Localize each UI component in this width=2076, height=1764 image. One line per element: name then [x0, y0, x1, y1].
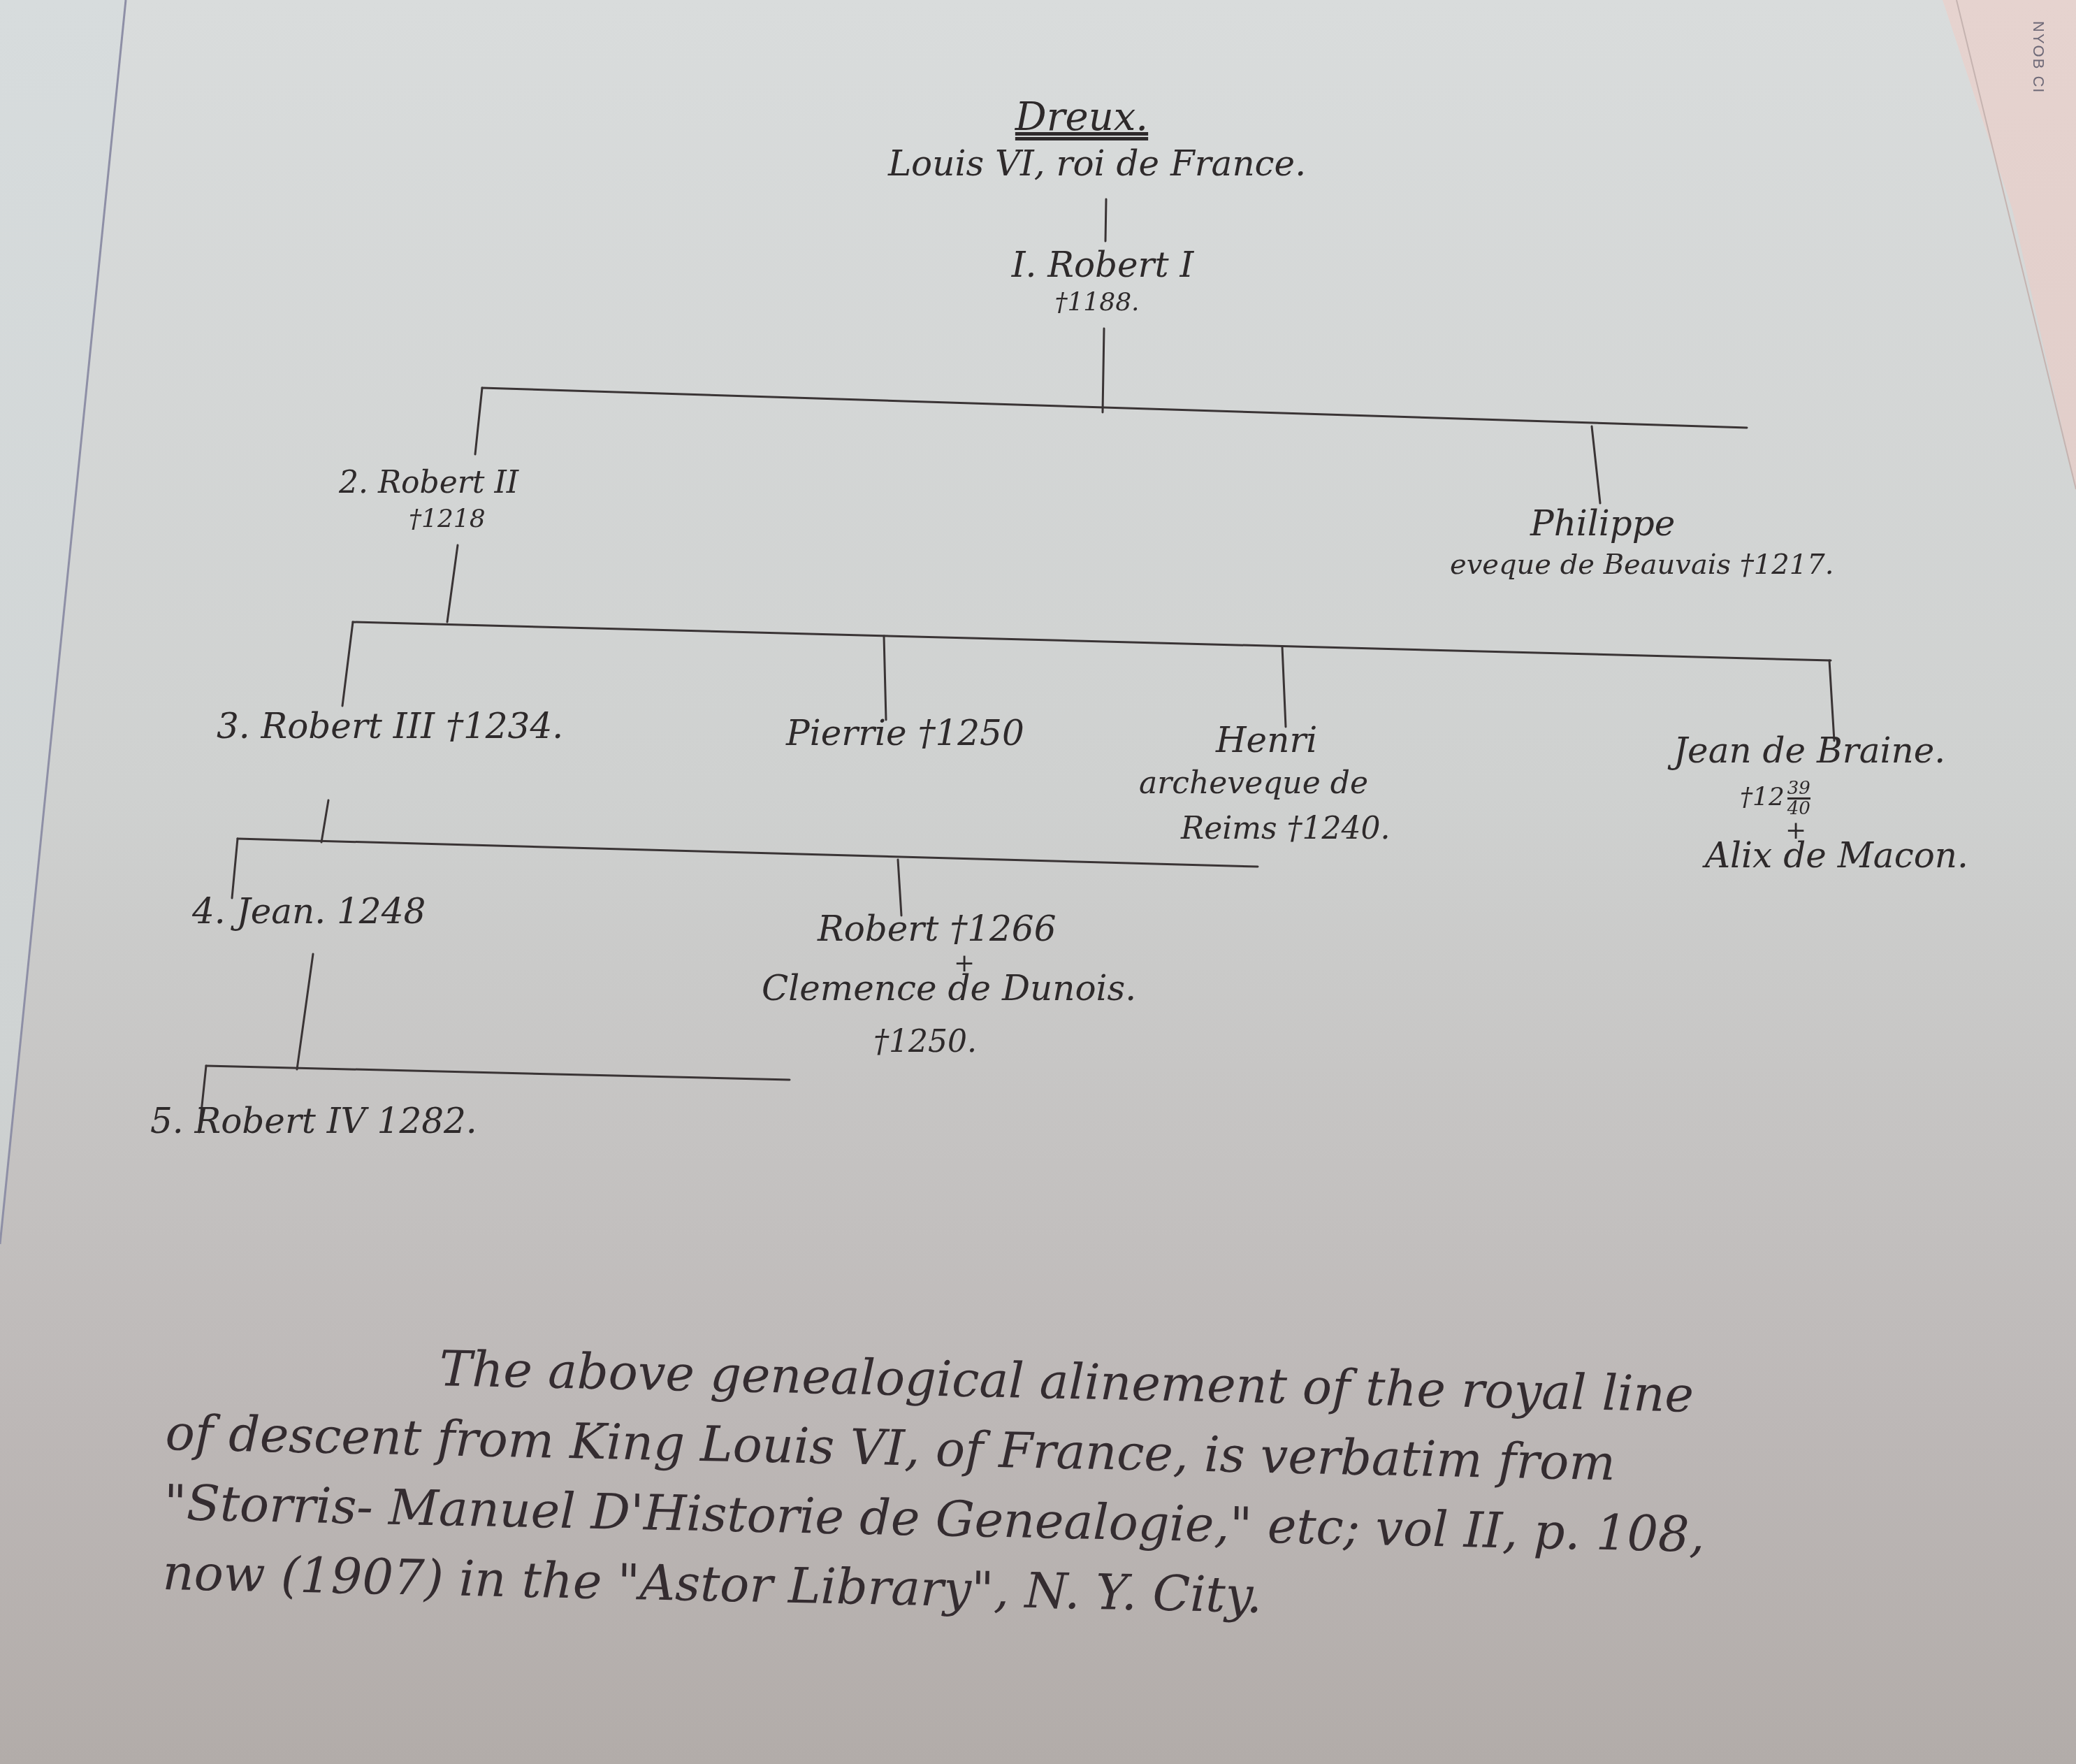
node-pierrie: Pierrie †1250 — [786, 713, 1024, 753]
root-ancestor: Louis VI, roi de France. — [888, 143, 1306, 184]
node-alix-de-macon: Alix de Macon. — [1705, 835, 1968, 876]
node-robert-iii: 3. Robert III †1234. — [217, 706, 563, 746]
node-philippe-detail: eveque de Beauvais †1217. — [1450, 549, 1834, 581]
node-clemence-death: †1250. — [873, 1024, 977, 1060]
node-henri-detail-2: Reims †1240. — [1181, 811, 1391, 846]
node-henri-detail-1: archeveque de — [1139, 765, 1368, 801]
chart-title: Dreux. — [1015, 94, 1148, 140]
source-note: The above genealogical alinement of the … — [162, 1328, 2040, 1647]
death-prefix: †12 — [1740, 783, 1785, 811]
node-henri: Henri — [1216, 720, 1317, 760]
node-jean-de-braine-death: †123940 — [1740, 779, 1810, 818]
node-robert-iv: 5. Robert IV 1282. — [150, 1101, 477, 1141]
node-robert-i-death: †1188. — [1054, 288, 1139, 317]
death-fraction: 3940 — [1787, 779, 1810, 818]
node-jean-de-braine: Jean de Braine. — [1674, 730, 1945, 771]
node-robert-1266: Robert †1266 — [818, 909, 1056, 949]
node-robert-i: I. Robert I — [1012, 245, 1194, 285]
node-clemence-de-dunois: Clemence de Dunois. — [762, 968, 1136, 1008]
node-jean: 4. Jean. 1248 — [192, 891, 426, 932]
node-robert-ii: 2. Robert II — [339, 465, 518, 500]
node-philippe: Philippe — [1530, 503, 1675, 544]
node-robert-ii-death: †1218 — [409, 505, 486, 533]
